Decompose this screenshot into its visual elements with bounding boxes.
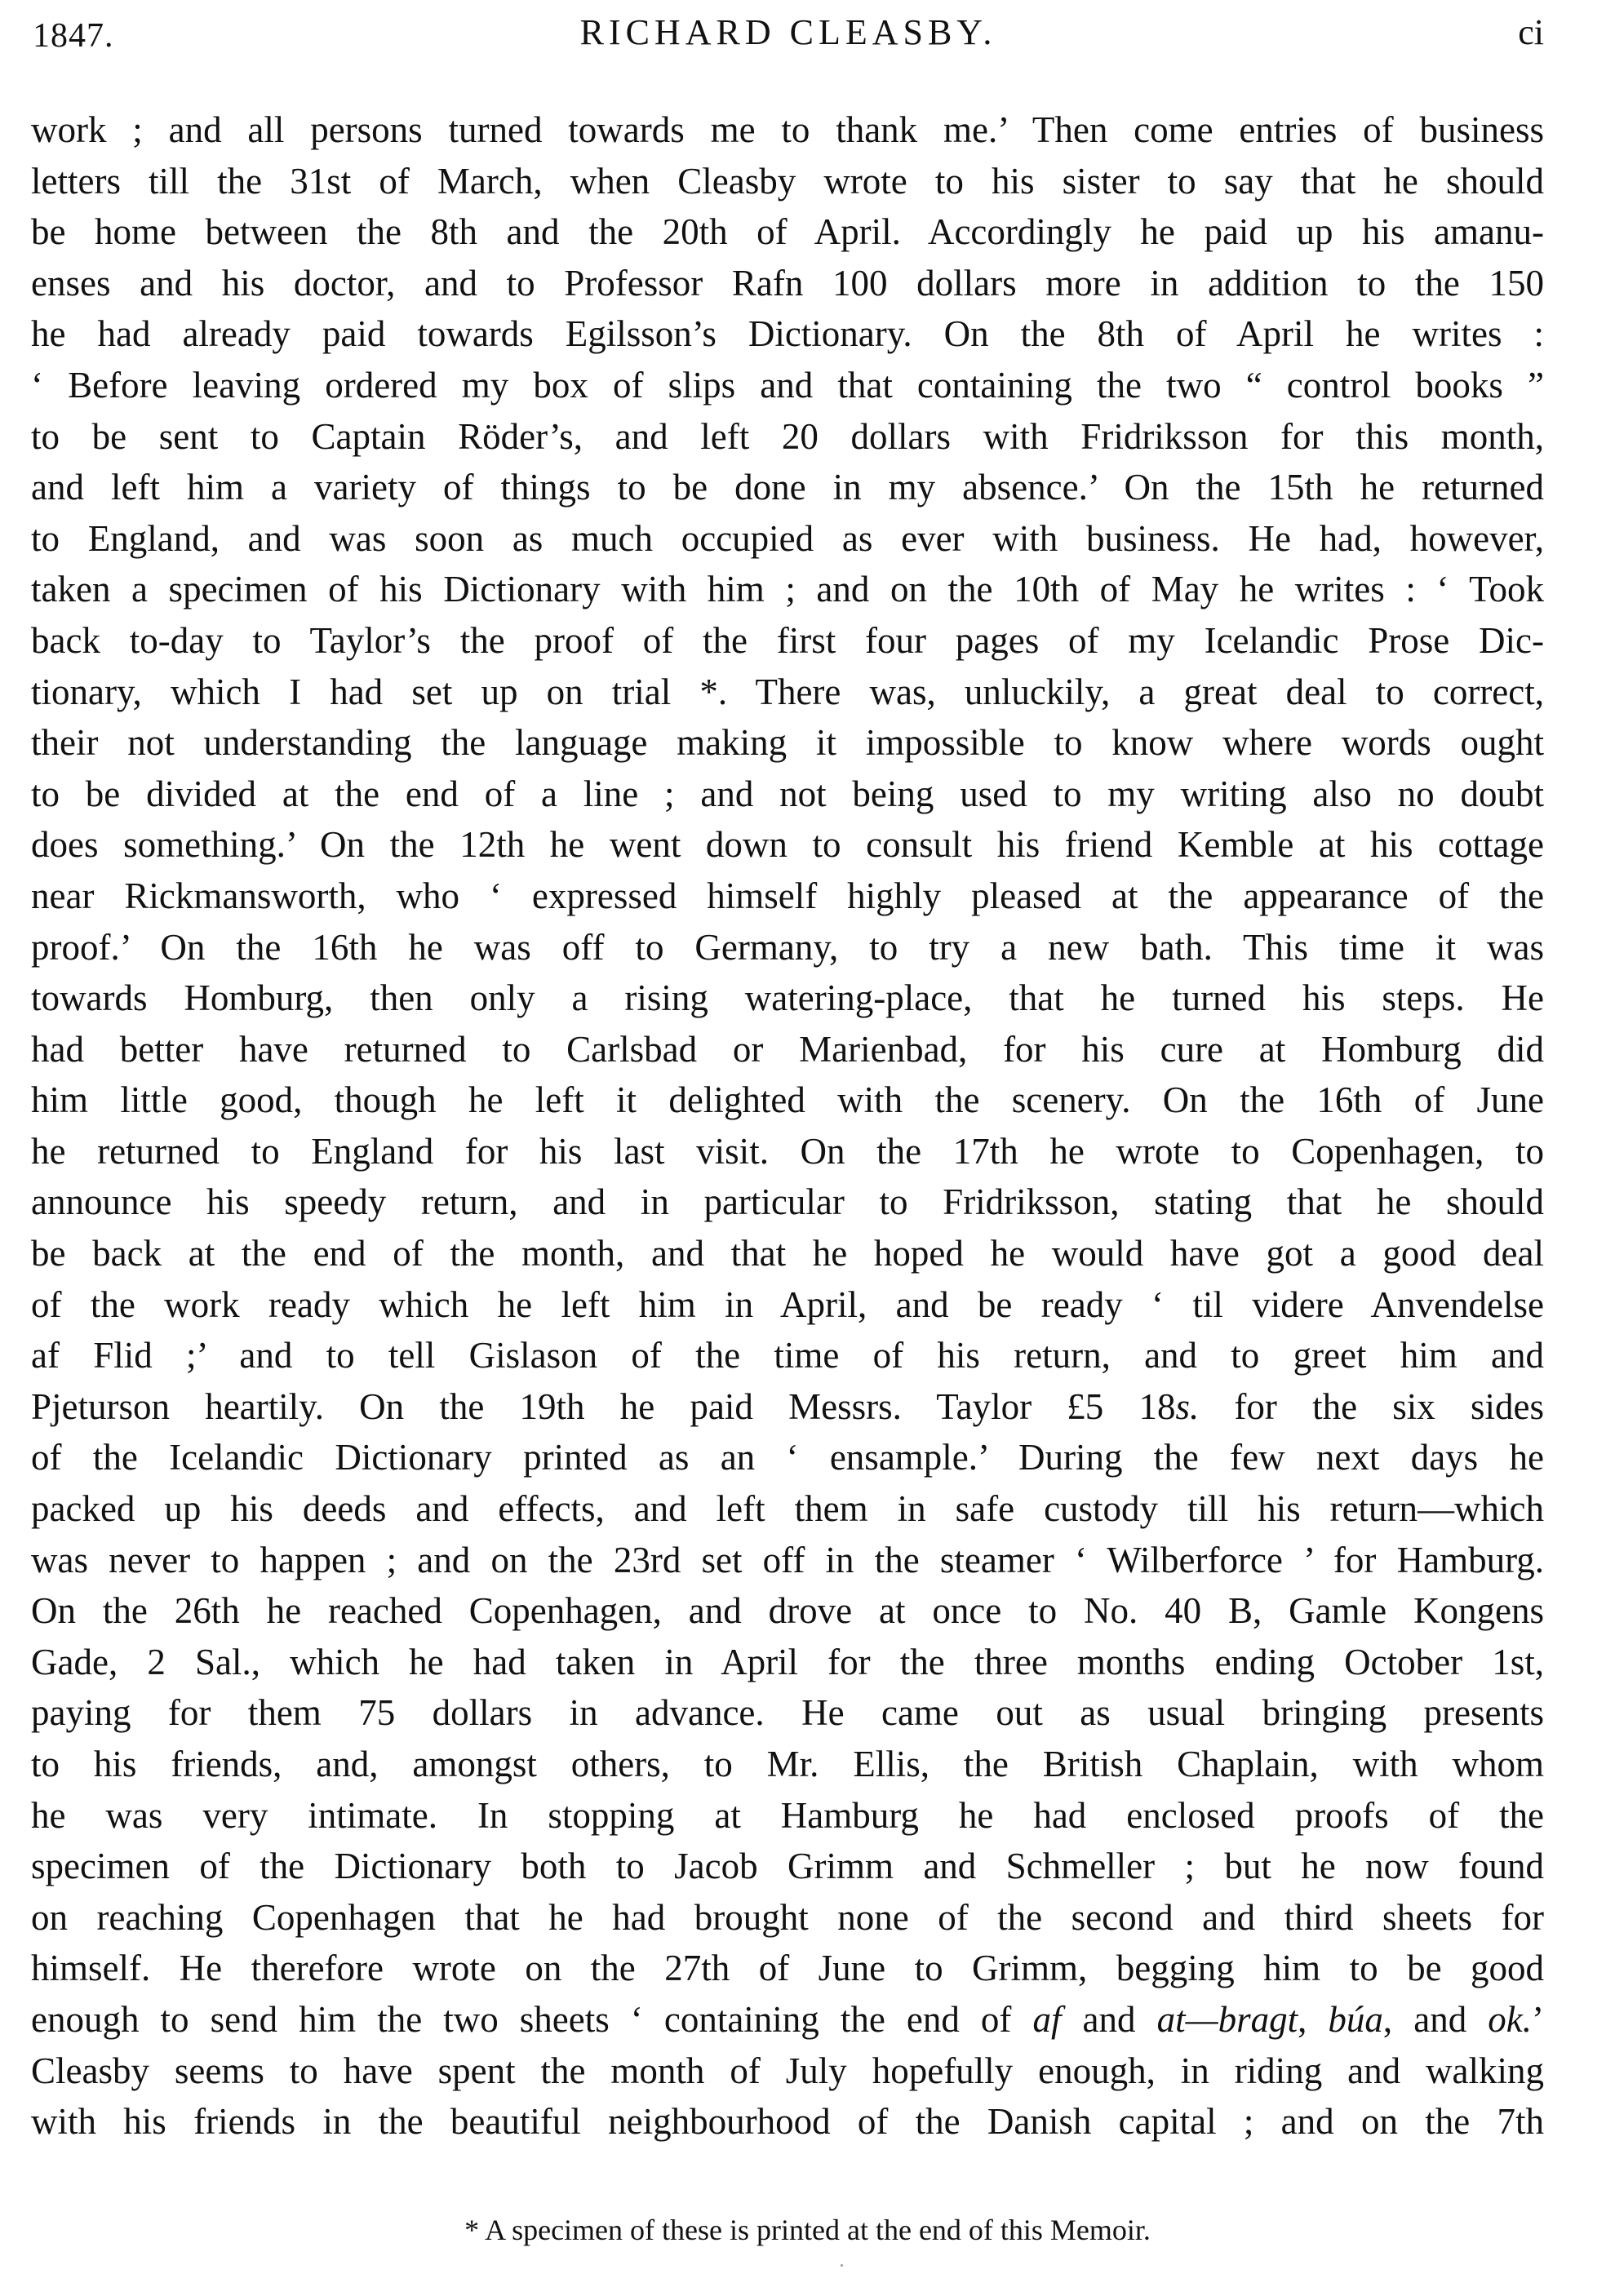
text-line-content: and left him a variety of things to be d… <box>31 462 1544 513</box>
text-line-content: on reaching Copenhagen that he had broug… <box>31 1892 1544 1944</box>
text-line: of the Icelandic Dictionary printed as a… <box>31 1432 1544 1483</box>
text-line-content: was never to happen ; and on the 23rd se… <box>31 1535 1544 1586</box>
text-line-content: to be sent to Captain Röder’s, and left … <box>31 411 1544 463</box>
text-line: he returned to England for his last visi… <box>31 1126 1544 1177</box>
text-line: packed up his deeds and effects, and lef… <box>31 1483 1544 1535</box>
text-line-content: be back at the end of the month, and tha… <box>31 1228 1544 1279</box>
text-line: and left him a variety of things to be d… <box>31 462 1544 513</box>
text-line: Pjeturson heartily. On the 19th he paid … <box>31 1381 1544 1433</box>
text-line: On the 26th he reached Copenhagen, and d… <box>31 1585 1544 1637</box>
text-line: he was very intimate. In stopping at Ham… <box>31 1790 1544 1842</box>
text-line: he had already paid towards Egilsson’s D… <box>31 308 1544 360</box>
text-line: with his friends in the beautiful neighb… <box>31 2096 1544 2148</box>
text-line: work ; and all persons turned towards me… <box>31 104 1544 156</box>
text-line: Gade, 2 Sal., which he had taken in Apri… <box>31 1637 1544 1688</box>
text-line-content: near Rickmansworth, who ‘ expressed hims… <box>31 871 1544 922</box>
text-line: taken a specimen of his Dictionary with … <box>31 564 1544 615</box>
text-line: proof.’ On the 16th he was off to German… <box>31 922 1544 973</box>
text-line: af Flid ;’ and to tell Gislason of the t… <box>31 1330 1544 1381</box>
text-line-content: to his friends, and, amongst others, to … <box>31 1739 1544 1790</box>
text-line: enses and his doctor, and to Professor R… <box>31 258 1544 309</box>
text-run: , <box>1298 1999 1328 2040</box>
text-line-content: Pjeturson heartily. On the 19th he paid … <box>31 1381 1544 1433</box>
text-line-content: announce his speedy return, and in parti… <box>31 1177 1544 1228</box>
text-line: of the work ready which he left him in A… <box>31 1279 1544 1331</box>
text-line: near Rickmansworth, who ‘ expressed hims… <box>31 871 1544 922</box>
text-line: towards Homburg, then only a rising wate… <box>31 973 1544 1024</box>
italic-run: búa <box>1328 1999 1383 2040</box>
text-run: and <box>1061 1999 1156 2040</box>
text-line-content: he returned to England for his last visi… <box>31 1126 1544 1177</box>
text-line-content: back to-day to Taylor’s the proof of the… <box>31 615 1544 667</box>
text-line-content: proof.’ On the 16th he was off to German… <box>31 922 1544 973</box>
italic-run: at—bragt <box>1157 1999 1298 2040</box>
footnote: * A specimen of these is printed at the … <box>0 2213 1615 2247</box>
text-line-content: their not understanding the language mak… <box>31 717 1544 769</box>
text-run: Pjeturson heartily. On the 19th he paid … <box>31 1386 1175 1427</box>
text-line-content: of the Icelandic Dictionary printed as a… <box>31 1432 1544 1483</box>
text-line-content: of the work ready which he left him in A… <box>31 1279 1544 1331</box>
text-line: does something.’ On the 12th he went dow… <box>31 819 1544 871</box>
text-line: to England, and was soon as much occupie… <box>31 513 1544 565</box>
text-line-content: af Flid ;’ and to tell Gislason of the t… <box>31 1330 1544 1381</box>
text-line: to his friends, and, amongst others, to … <box>31 1739 1544 1790</box>
text-line-content: be home between the 8th and the 20th of … <box>31 206 1544 258</box>
text-line: had better have returned to Carlsbad or … <box>31 1024 1544 1075</box>
text-line: Cleasby seems to have spent the month of… <box>31 2046 1544 2097</box>
text-line-content: does something.’ On the 12th he went dow… <box>31 819 1544 871</box>
text-line: was never to happen ; and on the 23rd se… <box>31 1535 1544 1586</box>
text-line-content: enses and his doctor, and to Professor R… <box>31 258 1544 309</box>
text-line: on reaching Copenhagen that he had broug… <box>31 1892 1544 1944</box>
italic-run: s. <box>1175 1386 1199 1427</box>
text-line-content: ‘ Before leaving ordered my box of slips… <box>31 360 1544 411</box>
italic-run: af <box>1032 1999 1061 2040</box>
page-number: ci <box>1518 11 1544 53</box>
text-run: ’ <box>1532 1999 1544 2040</box>
text-line-content: to be divided at the end of a line ; and… <box>31 769 1544 820</box>
text-line-content: paying for them 75 dollars in advance. H… <box>31 1687 1544 1739</box>
text-run: , and <box>1383 1999 1488 2040</box>
text-line-content: himself. He therefore wrote on the 27th … <box>31 1943 1544 1994</box>
text-line-content: he was very intimate. In stopping at Ham… <box>31 1790 1544 1842</box>
text-line-content: had better have returned to Carlsbad or … <box>31 1024 1544 1075</box>
running-head-title: RICHARD CLEASBY. <box>33 11 1544 53</box>
text-run: for the six sides <box>1199 1386 1544 1427</box>
text-line: himself. He therefore wrote on the 27th … <box>31 1943 1544 1994</box>
text-line-content: towards Homburg, then only a rising wate… <box>31 973 1544 1024</box>
text-line: announce his speedy return, and in parti… <box>31 1177 1544 1228</box>
text-line-content: letters till the 31st of March, when Cle… <box>31 156 1544 207</box>
text-line: to be sent to Captain Röder’s, and left … <box>31 411 1544 463</box>
text-line-content: packed up his deeds and effects, and lef… <box>31 1483 1544 1535</box>
body-text: work ; and all persons turned towards me… <box>31 104 1544 2148</box>
text-line: ‘ Before leaving ordered my box of slips… <box>31 360 1544 411</box>
text-line: him little good, though he left it delig… <box>31 1075 1544 1126</box>
text-line: to be divided at the end of a line ; and… <box>31 769 1544 820</box>
text-line-content: Cleasby seems to have spent the month of… <box>31 2046 1544 2097</box>
text-line-content: On the 26th he reached Copenhagen, and d… <box>31 1585 1544 1637</box>
text-line: their not understanding the language mak… <box>31 717 1544 769</box>
italic-run: ok. <box>1488 1999 1532 2040</box>
text-line: back to-day to Taylor’s the proof of the… <box>31 615 1544 667</box>
text-line-content: with his friends in the beautiful neighb… <box>31 2096 1544 2148</box>
text-line: tionary, which I had set up on trial *. … <box>31 667 1544 718</box>
text-line-content: he had already paid towards Egilsson’s D… <box>31 308 1544 360</box>
text-line: specimen of the Dictionary both to Jacob… <box>31 1841 1544 1892</box>
text-line-content: him little good, though he left it delig… <box>31 1075 1544 1126</box>
text-line: enough to send him the two sheets ‘ cont… <box>31 1994 1544 2046</box>
text-line: be back at the end of the month, and tha… <box>31 1228 1544 1279</box>
text-line-content: enough to send him the two sheets ‘ cont… <box>31 1994 1544 2046</box>
running-head: 1847. RICHARD CLEASBY. ci <box>33 11 1544 60</box>
print-speck <box>841 2264 843 2267</box>
text-run: enough to send him the two sheets ‘ cont… <box>31 1999 1032 2040</box>
text-line: paying for them 75 dollars in advance. H… <box>31 1687 1544 1739</box>
text-line: be home between the 8th and the 20th of … <box>31 206 1544 258</box>
text-line-content: tionary, which I had set up on trial *. … <box>31 667 1544 718</box>
text-line-content: work ; and all persons turned towards me… <box>31 104 1544 156</box>
text-line: letters till the 31st of March, when Cle… <box>31 156 1544 207</box>
text-line-content: specimen of the Dictionary both to Jacob… <box>31 1841 1544 1892</box>
text-line-content: to England, and was soon as much occupie… <box>31 513 1544 565</box>
text-line-content: taken a specimen of his Dictionary with … <box>31 564 1544 615</box>
text-line-content: Gade, 2 Sal., which he had taken in Apri… <box>31 1637 1544 1688</box>
